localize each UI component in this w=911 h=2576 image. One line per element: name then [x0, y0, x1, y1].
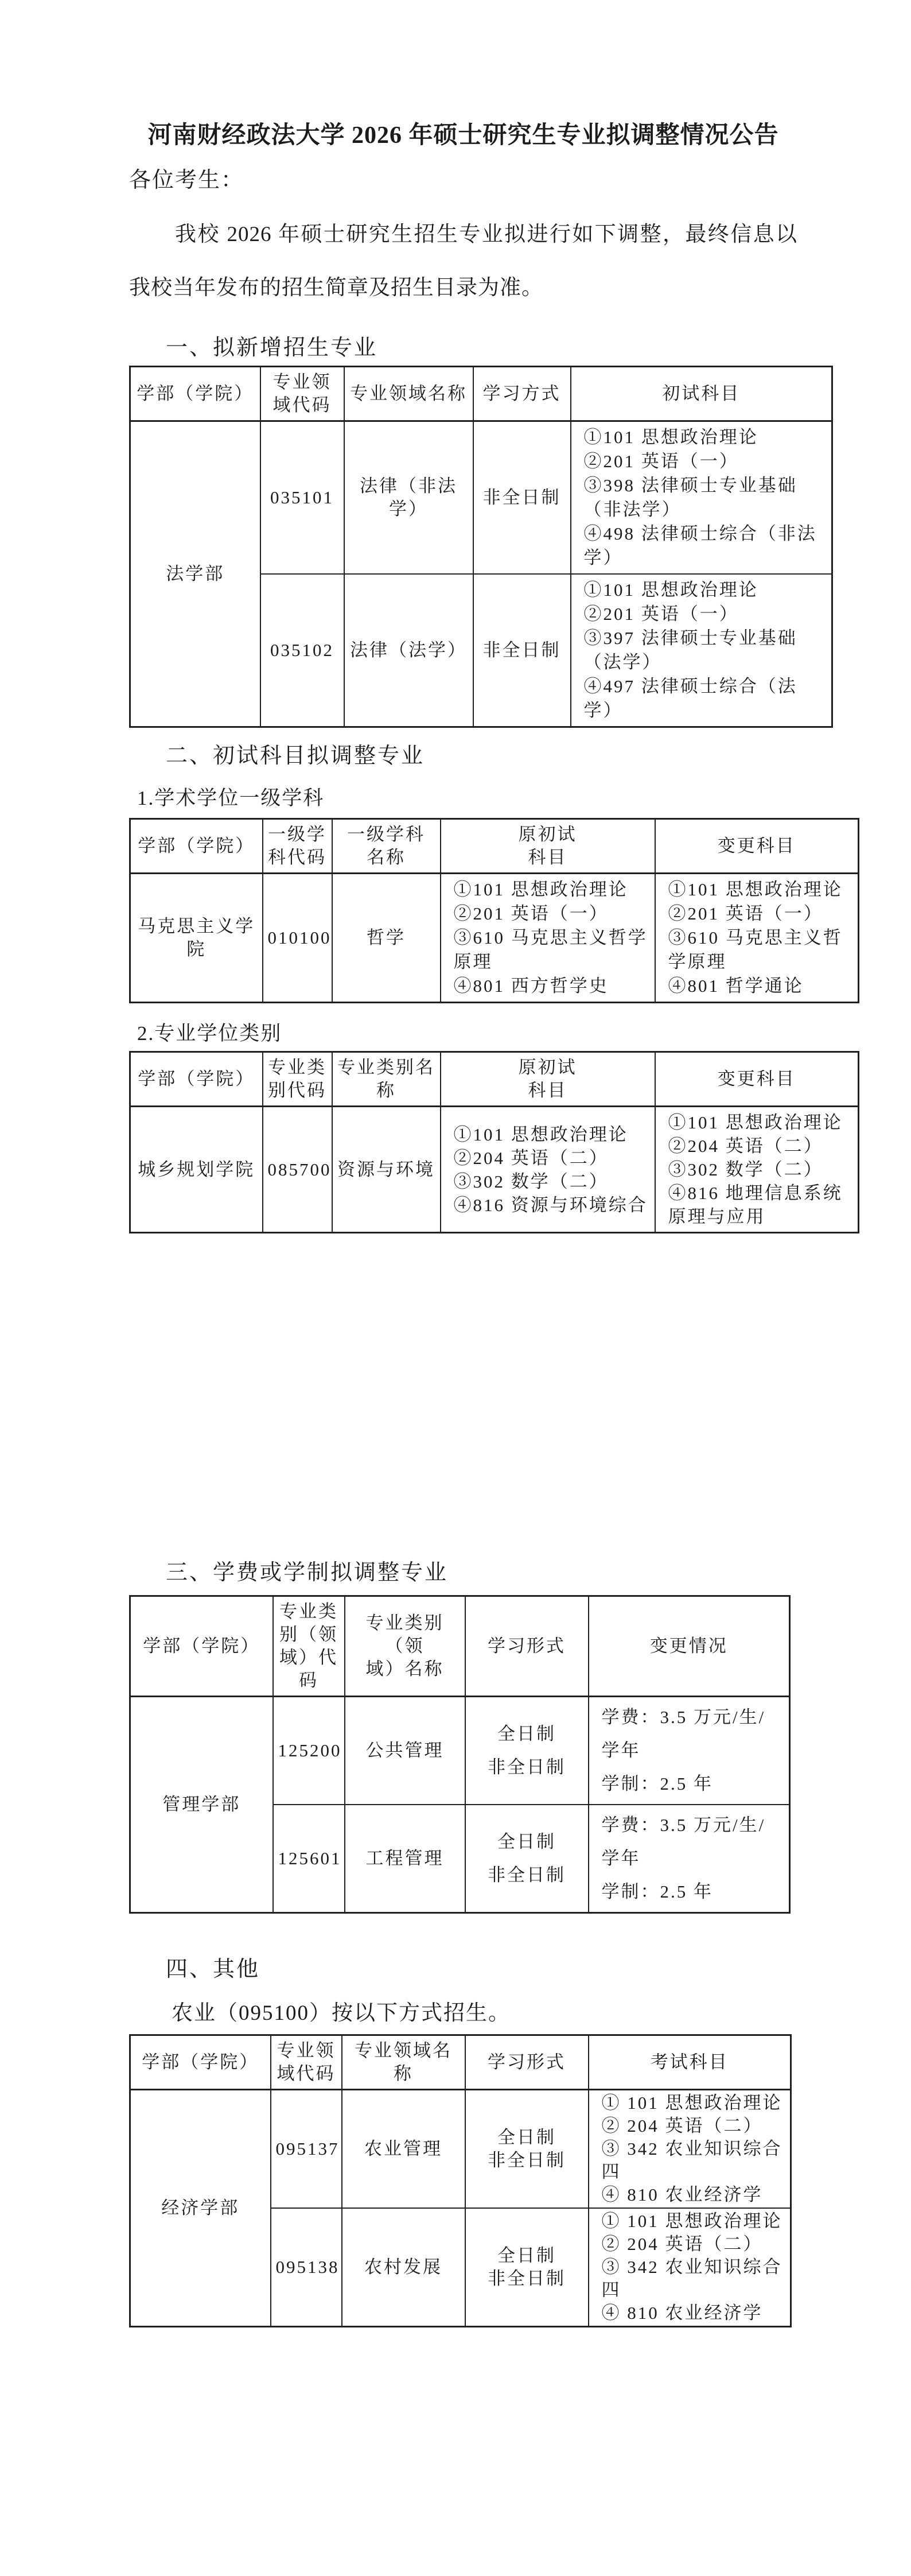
major-name-cell: 资源与环境 [332, 1107, 441, 1233]
table-header-row: 学部（学院） 专业领 域代码 专业领域名称 学习方式 初试科目 [130, 367, 832, 421]
changed-subjects-cell: ①101 思想政治理论 ②204 英语（二） ③302 数学（二） ④816 地… [655, 1107, 859, 1233]
changed-subjects-cell: ①101 思想政治理论 ②201 英语（一） ③610 马克思主义哲学原理 ④8… [655, 874, 859, 1003]
major-name-cell: 工程管理 [345, 1805, 465, 1913]
section-heading-3: 三、学费或学制拟调整专业 [166, 1561, 859, 1585]
column-header-code: 专业领 域代码 [260, 367, 344, 421]
study-mode-cell: 非全日制 [473, 574, 571, 727]
subjects-cell: ① 101 思想政治理论 ② 204 英语（二） ③ 342 农业知识综合四 ④… [589, 2090, 791, 2209]
note-agriculture: 农业（095100）按以下方式招生。 [129, 2002, 859, 2025]
study-mode-cell: 全日制 非全日制 [465, 2208, 589, 2327]
dept-cell: 经济学部 [130, 2090, 271, 2327]
column-header-mode: 学习形式 [465, 1596, 589, 1697]
code-cell: 125200 [273, 1697, 345, 1805]
column-header-name: 专业类别（领 域）名称 [345, 1596, 465, 1697]
page-title: 河南财经政法大学 2026 年硕士研究生专业拟调整情况公告 [129, 0, 797, 149]
section-heading-4: 四、其他 [166, 1957, 859, 1981]
column-header-code: 专业领 域代码 [271, 2035, 342, 2090]
dept-cell: 城乡规划学院 [130, 1107, 263, 1233]
intro-paragraph: 我校 2026 年硕士研究生招生专业拟进行如下调整，最终信息以我校当年发布的招生… [129, 208, 797, 315]
change-info-cell: 学费：3.5 万元/生/学年 学制：2.5 年 [589, 1805, 790, 1913]
subjects-cell: ①101 思想政治理论 ②201 英语（一） ③398 法律硕士专业基础（非法学… [571, 421, 832, 575]
code-cell: 095137 [271, 2090, 342, 2209]
study-mode-cell: 全日制 非全日制 [465, 1805, 589, 1913]
column-header-mode: 学习形式 [465, 2035, 589, 2090]
column-header-name: 专业类别名 称 [332, 1052, 441, 1107]
subjects-cell: ①101 思想政治理论 ②201 英语（一） ③397 法律硕士专业基础（法学）… [571, 574, 832, 727]
column-header-original-subjects: 原初试 科目 [441, 1052, 655, 1107]
major-name-cell: 农业管理 [342, 2090, 465, 2209]
change-info-cell: 学费：3.5 万元/生/学年 学制：2.5 年 [589, 1697, 790, 1805]
code-cell: 035102 [260, 574, 344, 727]
column-header-changed-subjects: 变更科目 [655, 819, 859, 874]
column-header-dept: 学部（学院） [130, 1596, 273, 1697]
table-tuition-duration-changes: 学部（学院） 专业类 别（领 域）代 码 专业类别（领 域）名称 学习形式 变更… [129, 1595, 791, 1914]
table-row: 城乡规划学院 085700 资源与环境 ①101 思想政治理论 ②204 英语（… [130, 1107, 859, 1233]
salutation: 各位考生： [129, 169, 859, 192]
table-header-row: 学部（学院） 一级学 科代码 一级学科 名称 原初试 科目 变更科目 [130, 819, 859, 874]
column-header-code: 专业类 别代码 [263, 1052, 332, 1107]
major-name-cell: 哲学 [332, 874, 441, 1003]
orig-subjects-cell: ①101 思想政治理论 ②204 英语（二） ③302 数学（二） ④816 资… [441, 1107, 655, 1233]
subsection-heading-academic: 1.学术学位一级学科 [137, 787, 859, 810]
dept-cell: 法学部 [130, 421, 260, 727]
section-heading-1: 一、拟新增招生专业 [166, 336, 859, 360]
column-header-dept: 学部（学院） [130, 2035, 271, 2090]
orig-subjects-cell: ①101 思想政治理论 ②201 英语（一） ③610 马克思主义哲学原理 ④8… [441, 874, 655, 1003]
dept-cell: 管理学部 [130, 1697, 273, 1913]
major-name-cell: 法律（法学） [344, 574, 473, 727]
table-new-majors: 学部（学院） 专业领 域代码 专业领域名称 学习方式 初试科目 法学部 0351… [129, 366, 833, 728]
table-row: 马克思主义学院 010100 哲学 ①101 思想政治理论 ②201 英语（一）… [130, 874, 859, 1003]
table-header-row: 学部（学院） 专业领 域代码 专业领域名称 学习形式 考试科目 [130, 2035, 791, 2090]
table-row: 经济学部 095137 农业管理 全日制 非全日制 ① 101 思想政治理论 ②… [130, 2090, 791, 2209]
column-header-dept: 学部（学院） [130, 819, 263, 874]
column-header-subjects: 初试科目 [571, 367, 832, 421]
column-header-mode: 学习方式 [473, 367, 571, 421]
column-header-name: 一级学科 名称 [332, 819, 441, 874]
table-header-row: 学部（学院） 专业类 别（领 域）代 码 专业类别（领 域）名称 学习形式 变更… [130, 1596, 790, 1697]
column-header-dept: 学部（学院） [130, 367, 260, 421]
major-name-cell: 法律（非法学） [344, 421, 473, 575]
table-professional-subject-changes: 学部（学院） 专业类 别代码 专业类别名 称 原初试 科目 变更科目 城乡规划学… [129, 1051, 859, 1233]
column-header-dept: 学部（学院） [130, 1052, 263, 1107]
column-header-name: 专业领域名称 [342, 2035, 465, 2090]
code-cell: 125601 [273, 1805, 345, 1913]
table-agriculture-admissions: 学部（学院） 专业领 域代码 专业领域名称 学习形式 考试科目 经济学部 095… [129, 2034, 792, 2327]
dept-cell: 马克思主义学院 [130, 874, 263, 1003]
table-row: 法学部 035101 法律（非法学） 非全日制 ①101 思想政治理论 ②201… [130, 421, 832, 575]
code-cell: 010100 [263, 874, 332, 1003]
code-cell: 085700 [263, 1107, 332, 1233]
major-name-cell: 农村发展 [342, 2208, 465, 2327]
code-cell: 095138 [271, 2208, 342, 2327]
study-mode-cell: 全日制 非全日制 [465, 1697, 589, 1805]
table-row: 管理学部 125200 公共管理 全日制 非全日制 学费：3.5 万元/生/学年… [130, 1697, 790, 1805]
column-header-changed-subjects: 变更科目 [655, 1052, 859, 1107]
subsection-heading-professional: 2.专业学位类别 [137, 1022, 859, 1045]
column-header-code: 专业类 别（领 域）代 码 [273, 1596, 345, 1697]
column-header-exam-subjects: 考试科目 [589, 2035, 791, 2090]
column-header-name: 专业领域名称 [344, 367, 473, 421]
study-mode-cell: 全日制 非全日制 [465, 2090, 589, 2209]
column-header-original-subjects: 原初试 科目 [441, 819, 655, 874]
announcement-document: 河南财经政法大学 2026 年硕士研究生专业拟调整情况公告 各位考生： 我校 2… [0, 0, 911, 2327]
column-header-code: 一级学 科代码 [263, 819, 332, 874]
subjects-cell: ① 101 思想政治理论 ② 204 英语（二） ③ 342 农业知识综合四 ④… [589, 2208, 791, 2327]
code-cell: 035101 [260, 421, 344, 575]
study-mode-cell: 非全日制 [473, 421, 571, 575]
section-heading-2: 二、初试科目拟调整专业 [166, 744, 859, 768]
table-academic-subject-changes: 学部（学院） 一级学 科代码 一级学科 名称 原初试 科目 变更科目 马克思主义… [129, 818, 859, 1003]
table-header-row: 学部（学院） 专业类 别代码 专业类别名 称 原初试 科目 变更科目 [130, 1052, 859, 1107]
column-header-change: 变更情况 [589, 1596, 790, 1697]
major-name-cell: 公共管理 [345, 1697, 465, 1805]
